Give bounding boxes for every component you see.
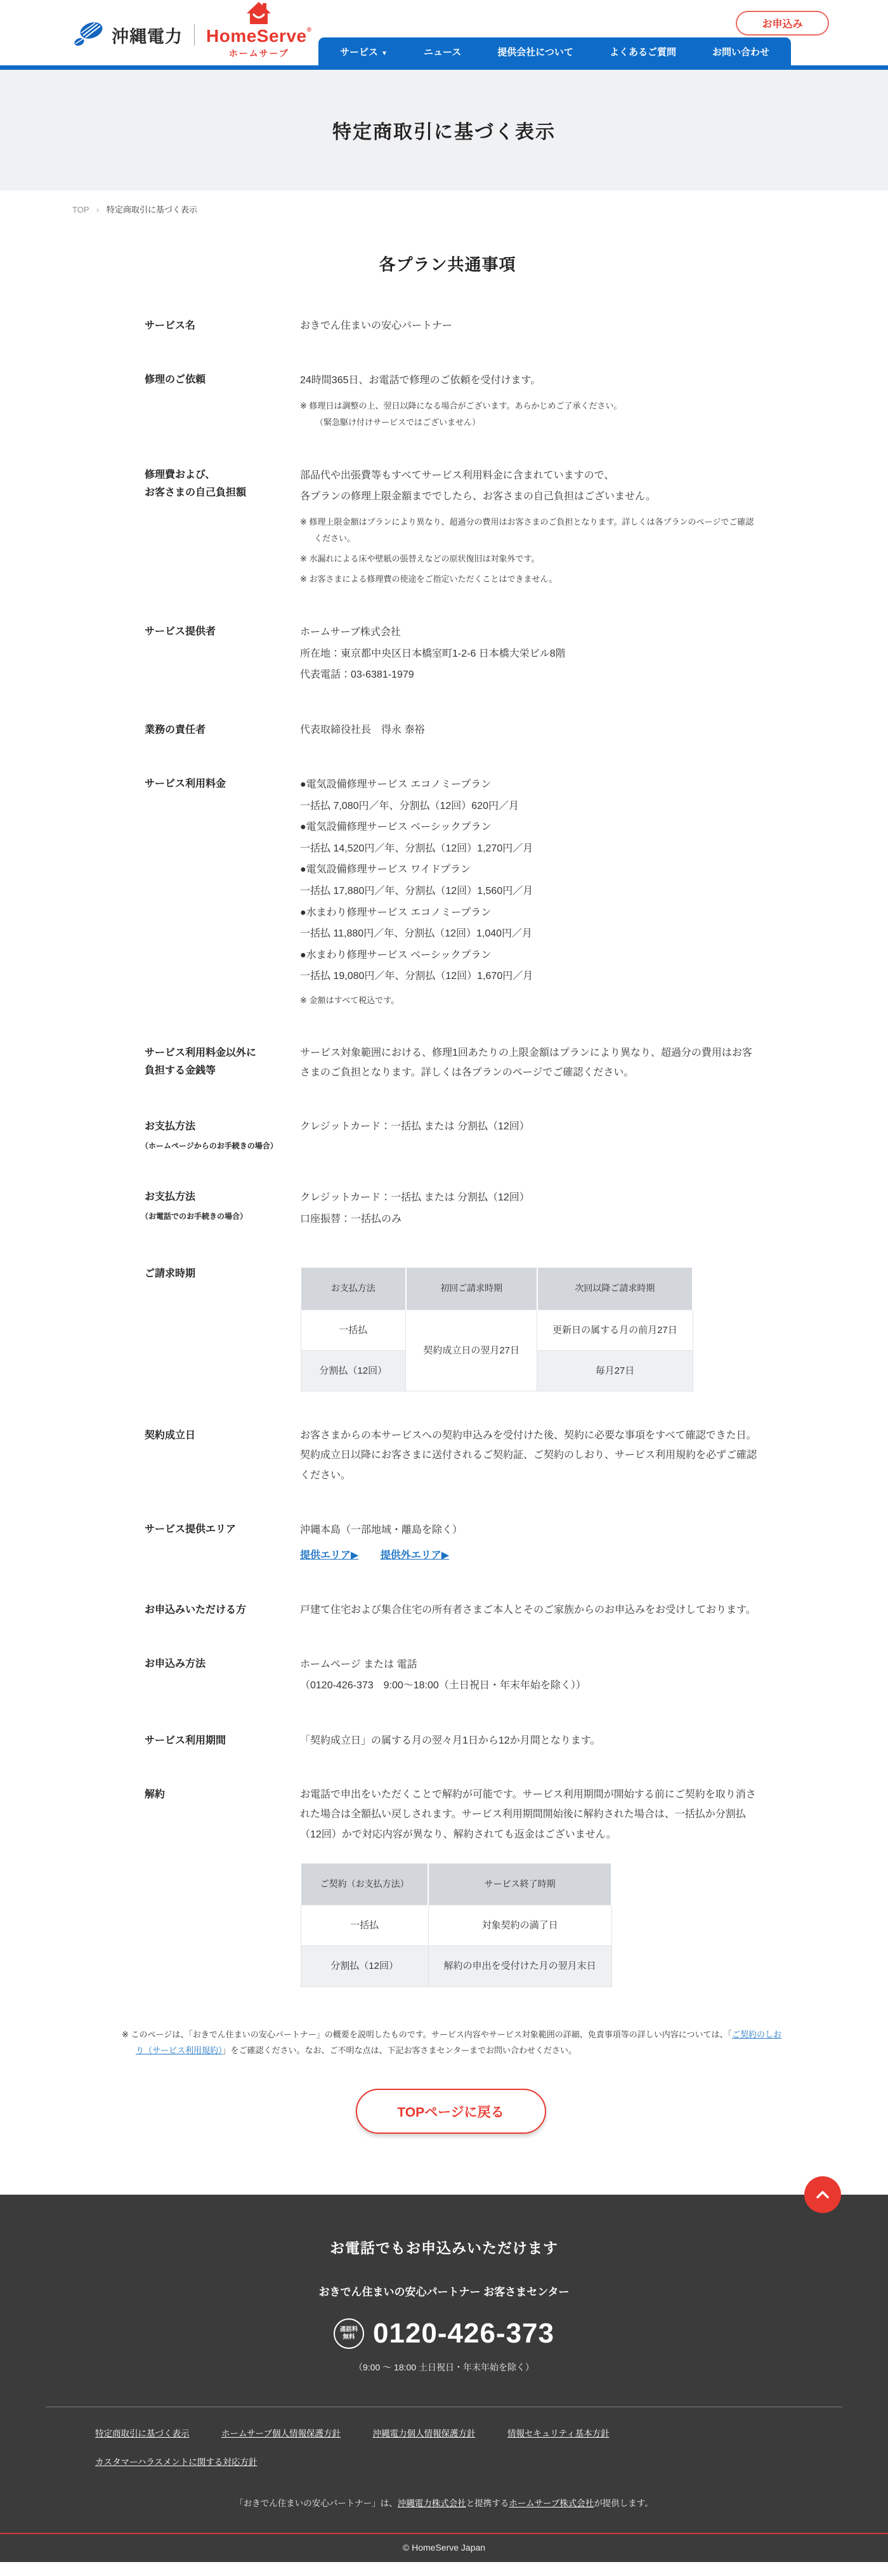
value-line: 部品代や出張費等もすべてサービス利用料金に含まれていますので、 xyxy=(300,465,757,487)
site-footer: お電話でもお申込みいただけます おきでん住まいの安心パートナー お客さまセンター… xyxy=(0,2195,888,2562)
row-label: 解約 xyxy=(145,1785,300,1987)
row-extra-costs: サービス利用料金以外に 負担する金銭等 サービス対象範囲における、修理1回あたり… xyxy=(145,1043,757,1082)
fee-line: ●電気設備修理サービス ベーシックプラン xyxy=(300,817,757,838)
homeserve-house-icon xyxy=(245,1,272,29)
row-value: 沖縄本島（一部地域・離島を除く） 提供エリア▶ 提供外エリア▶ xyxy=(300,1520,757,1566)
table-cell: 分割払（12回） xyxy=(301,1350,406,1391)
breadcrumb: TOP › 特定商取引に基づく表示 xyxy=(0,190,888,215)
row-label: ご請求時期 xyxy=(145,1264,300,1391)
okiden-company-link[interactable]: 沖縄電力株式会社 xyxy=(398,2499,466,2508)
footer-hours: （9:00 ～ 18:00 土日祝日・年末年始を除く） xyxy=(0,2361,888,2374)
brand-separator xyxy=(194,24,195,46)
row-sublabel: （お電話でのお手続きの場合） xyxy=(141,1210,300,1223)
row-value: お電話で申出をいただくことで解約が可能です。サービス利用期間が開始する前にご契約… xyxy=(300,1785,757,1987)
row-label: サービス利用期間 xyxy=(145,1731,300,1751)
value-line: 沖縄本島（一部地域・離島を除く） xyxy=(300,1520,757,1541)
row-label: 業務の責任者 xyxy=(145,720,300,740)
value-line: 各プランの修理上限金額まででしたら、お客さまの自己負担はございません。 xyxy=(300,486,757,508)
fee-line: 一括払 17,880円／年、分割払（12回）1,560円／月 xyxy=(300,881,757,902)
row-repair-cost: 修理費および、 お客さまの自己負担額 部品代や出張費等もすべてサービス利用料金に… xyxy=(145,465,757,588)
fee-line: 一括払 19,080円／年、分割払（12回）1,670円／月 xyxy=(300,966,757,987)
scroll-to-top-button[interactable] xyxy=(804,2176,841,2213)
site-header: 沖縄電力 HomeServe® ホームサーブ お申込み サービス▼ ニュース 提… xyxy=(0,0,888,70)
row-value: お客さまからの本サービスへの契約申込みを受付けた後、契約に必要な事項をすべて確認… xyxy=(300,1426,757,1485)
fee-line: 一括払 11,880円／年、分割払（12回）1,040円／月 xyxy=(300,923,757,945)
termination-table: ご契約（お支払方法） サービス終了時期 一括払 対象契約の満了日 分割払（12回… xyxy=(300,1862,612,1987)
table-cell: 分割払（12回） xyxy=(301,1946,428,1987)
page-end-strip xyxy=(0,2562,888,2576)
row-value: ホームページ または 電話 （0120-426-373 9:00～18:00（土… xyxy=(300,1654,757,1697)
page-footnote: ※ このページは、「おきでん住まいの安心パートナー」の概要を説明したものです。サ… xyxy=(122,2027,781,2059)
apply-button[interactable]: お申込み xyxy=(736,11,829,36)
row-value: 代表取締役社長 得永 泰裕 xyxy=(300,720,757,740)
table-cell: 一括払 xyxy=(301,1310,406,1350)
footer-link-tokutei[interactable]: 特定商取引に基づく表示 xyxy=(95,2429,190,2438)
row-label: 修理のご依頼 xyxy=(145,370,300,431)
table-cell: 一括払 xyxy=(301,1905,428,1946)
page-title: 特定商取引に基づく表示 xyxy=(332,116,556,144)
row-service-name: サービス名 おきでん住まいの安心パートナー xyxy=(145,316,757,336)
column-header: ご契約（お支払方法） xyxy=(301,1863,428,1905)
chevron-down-icon: ▼ xyxy=(381,50,388,57)
row-label: サービス利用料金 xyxy=(145,774,300,1009)
billing-schedule-table: お支払方法 初回ご請求時期 次回以降ご請求時期 一括払 契約成立日の翌月27日 … xyxy=(300,1266,693,1391)
row-value: クレジットカード：一括払 または 分割払（12回） xyxy=(300,1117,757,1153)
row-value: サービス対象範囲における、修理1回あたりの上限金額はプランにより異なり、超過分の… xyxy=(300,1043,757,1082)
nav-item-company[interactable]: 提供会社について xyxy=(497,45,573,58)
note-line: ※ 水漏れによる床や壁紙の張替えなどの原状復旧は対象外です。 xyxy=(300,551,757,567)
row-label: お支払方法 （ホームページからのお手続きの場合） xyxy=(145,1117,300,1153)
row-service-period: サービス利用期間 「契約成立日」の属する月の翌々月1日から12か月間となります。 xyxy=(145,1731,757,1751)
footer-links-row2: カスタマーハラスメントに関する対応方針 xyxy=(95,2455,842,2468)
value-line: クレジットカード：一括払 または 分割払（12回） xyxy=(300,1187,757,1209)
note-line: ※ 修理日は調整の上、翌日以降になる場合がございます。あらかじめご了承ください。 xyxy=(300,398,757,414)
value-line: 代表電話：03-6381-1979 xyxy=(300,664,757,686)
row-label: サービス提供者 xyxy=(145,622,300,686)
homeserve-logo-text: HomeServe® xyxy=(206,27,311,45)
row-label: 修理費および、 お客さまの自己負担額 xyxy=(145,465,300,588)
main-nav: サービス▼ ニュース 提供会社について よくあるご質問 お問い合わせ xyxy=(318,37,791,65)
row-payment-phone: お支払方法 （お電話でのお手続きの場合） クレジットカード：一括払 または 分割… xyxy=(145,1187,757,1230)
table-row: 一括払 対象契約の満了日 xyxy=(301,1905,611,1946)
row-value: 24時間365日、お電話で修理のご依頼を受付けます。 ※ 修理日は調整の上、翌日… xyxy=(300,370,757,431)
value-line: ホームページ または 電話 xyxy=(300,1654,757,1676)
table-row: 一括払 契約成立日の翌月27日 更新日の属する月の前月27日 xyxy=(301,1310,693,1350)
value-line: （0120-426-373 9:00～18:00（土日祝日・年末年始を除く）） xyxy=(300,1675,757,1697)
fee-line: ●水まわり修理サービス エコノミープラン xyxy=(300,902,757,924)
note-line: ※ お客さまによる修理費の使途をご指定いただくことはできません。 xyxy=(300,571,757,588)
row-value: 戸建て住宅および集合住宅の所有者さまご本人とそのご家族からのお申込みをお受けして… xyxy=(300,1600,757,1620)
note-line: ※ 金額はすべて税込です。 xyxy=(300,992,757,1009)
back-to-top-page-button[interactable]: TOPページに戻る xyxy=(356,2089,546,2134)
value-line: ホームサーブ株式会社 xyxy=(300,622,757,643)
column-header: 次回以降ご請求時期 xyxy=(537,1267,693,1310)
column-header: お支払方法 xyxy=(301,1267,406,1310)
okiden-logo-text: 沖縄電力 xyxy=(112,23,183,48)
row-sublabel: （ホームページからのお手続きの場合） xyxy=(141,1140,300,1153)
nav-item-service[interactable]: サービス▼ xyxy=(340,45,388,58)
value-paragraph: お電話で申出をいただくことで解約が可能です。サービス利用期間が開始する前にご契約… xyxy=(300,1785,757,1844)
registered-mark: ® xyxy=(307,27,312,34)
value-line: 所在地：東京都中央区日本橋室町1-2-6 日本橋大栄ビル8階 xyxy=(300,643,757,665)
chevron-up-icon xyxy=(812,2184,833,2205)
row-label: サービス利用料金以外に 負担する金銭等 xyxy=(145,1043,300,1082)
footer-link-homeserve-privacy[interactable]: ホームサーブ個人情報保護方針 xyxy=(221,2429,341,2438)
row-value: 部品代や出張費等もすべてサービス利用料金に含まれていますので、 各プランの修理上… xyxy=(300,465,757,588)
brand-logos[interactable]: 沖縄電力 HomeServe® ホームサーブ xyxy=(72,10,311,60)
footer-heading: お電話でもお申込みいただけます xyxy=(0,2237,888,2257)
section-heading: 各プラン共通事項 xyxy=(138,252,757,275)
note-line: ※ 修理上限金額はプランにより異なり、超過分の費用はお客さまのご負担となります。… xyxy=(300,514,757,547)
row-value: ホームサーブ株式会社 所在地：東京都中央区日本橋室町1-2-6 日本橋大栄ビル8… xyxy=(300,622,757,686)
table-cell: 毎月27日 xyxy=(537,1350,693,1391)
footer-links-row1: 特定商取引に基づく表示 ホームサーブ個人情報保護方針 沖縄電力個人情報保護方針 … xyxy=(95,2426,842,2440)
row-value: クレジットカード：一括払 または 分割払（12回） 口座振替：一括払のみ xyxy=(300,1187,757,1230)
footer-links: 特定商取引に基づく表示 ホームサーブ個人情報保護方針 沖縄電力個人情報保護方針 … xyxy=(46,2426,842,2468)
note-line: （緊急駆け付けサービスではございません） xyxy=(300,414,757,431)
nav-item-faq[interactable]: よくあるご質問 xyxy=(610,45,676,58)
homeserve-logo: HomeServe® ホームサーブ xyxy=(206,1,311,60)
fee-line: ●電気設備修理サービス エコノミープラン xyxy=(300,774,757,796)
footer-divider xyxy=(46,2407,842,2407)
table-row: 分割払（12回） 解約の申出を受付けた月の翌月末日 xyxy=(301,1946,611,1987)
row-manager: 業務の責任者 代表取締役社長 得永 泰裕 xyxy=(145,720,757,740)
row-label: 契約成立日 xyxy=(145,1426,300,1485)
footer-link-okiden-privacy[interactable]: 沖縄電力個人情報保護方針 xyxy=(372,2429,475,2438)
breadcrumb-separator: › xyxy=(96,205,99,214)
header-accent-line xyxy=(0,65,888,70)
row-value: お支払方法 初回ご請求時期 次回以降ご請求時期 一括払 契約成立日の翌月27日 … xyxy=(300,1264,757,1391)
homeserve-company-link[interactable]: ホームサーブ株式会社 xyxy=(509,2499,594,2508)
okiden-logo-icon xyxy=(72,20,104,51)
value-line: 24時間365日、お電話で修理のご依頼を受付けます。 xyxy=(300,370,757,391)
footer-link-security[interactable]: 情報セキュリティ基本方針 xyxy=(507,2429,610,2438)
value-line: 口座振替：一括払のみ xyxy=(300,1209,757,1230)
row-value: ●電気設備修理サービス エコノミープラン 一括払 7,080円／年、分割払（12… xyxy=(300,774,757,1009)
row-label: サービス提供エリア xyxy=(145,1520,300,1566)
toll-free-badge-icon: 通話料 無料 xyxy=(334,2318,364,2349)
footer-center-name: おきでん住まいの安心パートナー お客さまセンター xyxy=(0,2283,888,2299)
nav-item-contact[interactable]: お問い合わせ xyxy=(712,45,769,58)
column-header: サービス終了時期 xyxy=(428,1863,611,1905)
homeserve-logo-subtext: ホームサーブ xyxy=(229,47,289,60)
row-payment-web: お支払方法 （ホームページからのお手続きの場合） クレジットカード：一括払 また… xyxy=(145,1117,757,1153)
breadcrumb-home-link[interactable]: TOP xyxy=(72,205,89,214)
nav-item-news[interactable]: ニュース xyxy=(424,45,461,58)
page-title-band: 特定商取引に基づく表示 xyxy=(0,70,888,190)
row-label: サービス名 xyxy=(145,316,300,336)
table-header-row: ご契約（お支払方法） サービス終了時期 xyxy=(301,1863,611,1905)
row-label: お申込み方法 xyxy=(145,1654,300,1697)
row-label: お支払方法 （お電話でのお手続きの場合） xyxy=(145,1187,300,1230)
footer-phone-row: 通話料 無料 0120-426-373 xyxy=(0,2318,888,2349)
footer-link-harassment[interactable]: カスタマーハラスメントに関する対応方針 xyxy=(95,2457,257,2467)
row-label: お申込みいただける方 xyxy=(145,1600,300,1620)
column-header: 初回ご請求時期 xyxy=(406,1267,537,1310)
row-contract-date: 契約成立日 お客さまからの本サービスへの契約申込みを受付けた後、契約に必要な事項… xyxy=(145,1426,757,1485)
row-fees: サービス利用料金 ●電気設備修理サービス エコノミープラン 一括払 7,080円… xyxy=(145,774,757,1009)
row-value: 「契約成立日」の属する月の翌々月1日から12か月間となります。 xyxy=(300,1731,757,1751)
row-repair-request: 修理のご依頼 24時間365日、お電話で修理のご依頼を受付けます。 ※ 修理日は… xyxy=(145,370,757,431)
table-header-row: お支払方法 初回ご請求時期 次回以降ご請求時期 xyxy=(301,1267,693,1310)
service-area-link[interactable]: 提供エリア▶ xyxy=(300,1550,358,1561)
table-cell: 契約成立日の翌月27日 xyxy=(406,1310,537,1391)
row-value: おきでん住まいの安心パートナー xyxy=(300,316,757,336)
footer-provider-note: 「おきでん住まいの安心パートナー」は、沖縄電力株式会社と提携するホームサーブ株式… xyxy=(0,2496,888,2509)
row-service-area: サービス提供エリア 沖縄本島（一部地域・離島を除く） 提供エリア▶ 提供外エリア… xyxy=(145,1520,757,1566)
main-content: 各プラン共通事項 サービス名 おきでん住まいの安心パートナー 修理のご依頼 24… xyxy=(145,252,757,2134)
fee-line: ●水まわり修理サービス ベーシックプラン xyxy=(300,945,757,966)
area-links: 提供エリア▶ 提供外エリア▶ xyxy=(300,1546,757,1565)
fee-line: 一括払 14,520円／年、分割払（12回）1,270円／月 xyxy=(300,838,757,860)
breadcrumb-current: 特定商取引に基づく表示 xyxy=(107,205,197,214)
table-cell: 更新日の属する月の前月27日 xyxy=(537,1310,693,1350)
row-apply-method: お申込み方法 ホームページ または 電話 （0120-426-373 9:00～… xyxy=(145,1654,757,1697)
row-billing-time: ご請求時期 お支払方法 初回ご請求時期 次回以降ご請求時期 一括払 契約成立日の… xyxy=(145,1264,757,1391)
fee-line: ●電気設備修理サービス ワイドプラン xyxy=(300,859,757,881)
row-eligible: お申込みいただける方 戸建て住宅および集合住宅の所有者さまご本人とそのご家族から… xyxy=(145,1600,757,1620)
fee-line: 一括払 7,080円／年、分割払（12回）620円／月 xyxy=(300,796,757,817)
copyright: © HomeServe Japan xyxy=(0,2533,888,2562)
out-of-area-link[interactable]: 提供外エリア▶ xyxy=(381,1550,449,1561)
row-provider: サービス提供者 ホームサーブ株式会社 所在地：東京都中央区日本橋室町1-2-6 … xyxy=(145,622,757,686)
phone-number[interactable]: 0120-426-373 xyxy=(373,2318,554,2349)
row-cancellation: 解約 お電話で申出をいただくことで解約が可能です。サービス利用期間が開始する前に… xyxy=(145,1785,757,1987)
table-cell: 対象契約の満了日 xyxy=(428,1905,611,1946)
table-cell: 解約の申出を受付けた月の翌月末日 xyxy=(428,1946,611,1987)
